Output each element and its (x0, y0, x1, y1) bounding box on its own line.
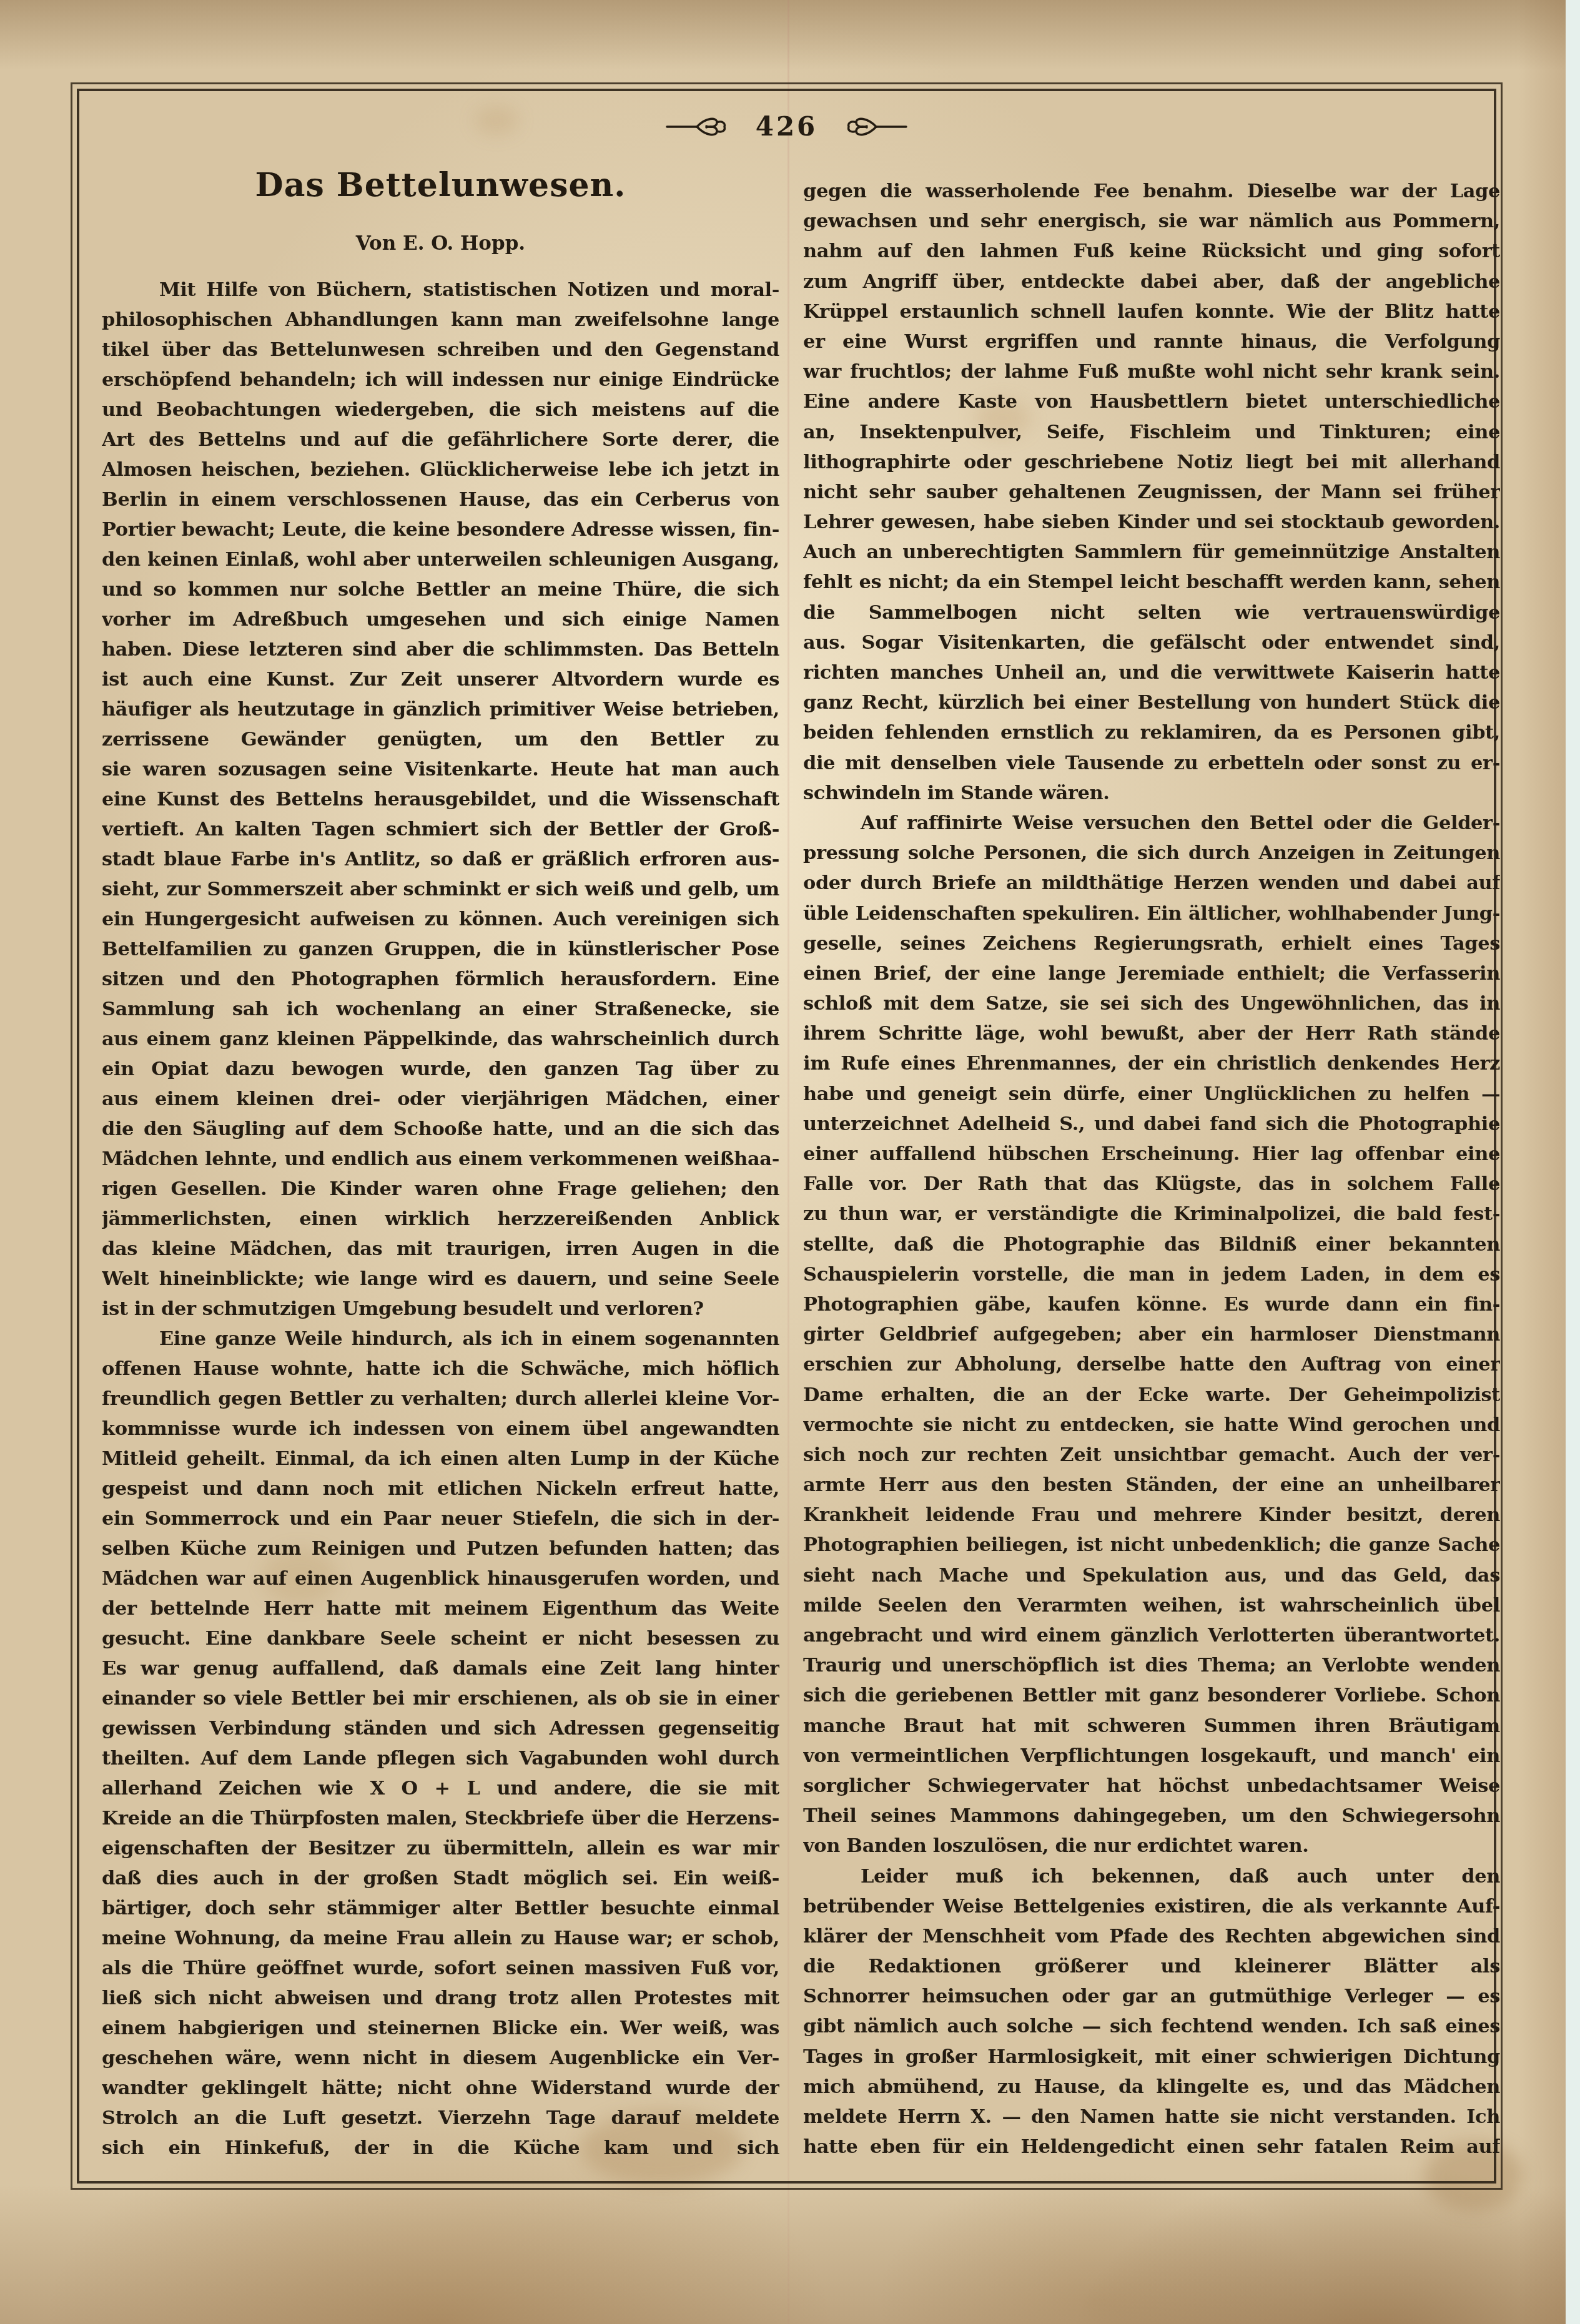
text-line: Eine andere Kaste von Hausbettlern biete… (803, 387, 1500, 416)
text-line: stellte, daß die Photographie das Bildni… (803, 1229, 1500, 1259)
text-line: haben. Diese letzteren sind aber die sch… (102, 634, 779, 664)
text-line: freundlich gegen Bettler zu verhalten; d… (102, 1384, 779, 1414)
text-line: einen Brief, der eine lange Jeremiade en… (803, 958, 1500, 988)
text-line: ein Opiat dazu bewogen wurde, den ganzen… (102, 1054, 779, 1084)
article-byline: Von E. O. Hopp. (102, 232, 779, 255)
text-line: Eine ganze Weile hindurch, als ich in ei… (102, 1324, 779, 1354)
text-line: Bettelfamilien zu ganzen Gruppen, die in… (102, 934, 779, 964)
text-line: gewissen Verbindung ständen und sich Adr… (102, 1713, 779, 1743)
text-line: eigenschaften der Besitzer zu übermittel… (102, 1833, 779, 1863)
text-line: Krankheit leidende Frau und mehrere Kind… (803, 1500, 1500, 1530)
text-line: Almosen heischen, beziehen. Glücklicherw… (102, 455, 779, 485)
text-line: manche Braut hat mit schweren Summen ihr… (803, 1711, 1500, 1741)
article-title: Das Bettelunwesen. (102, 166, 779, 204)
text-line: im Rufe eines Ehrenmannes, der ein chris… (803, 1048, 1500, 1078)
text-line: die Redaktionen größerer und kleinerer B… (803, 1951, 1500, 1981)
text-line: er eine Wurst ergriffen und rannte hinau… (803, 327, 1500, 357)
text-line: Photographien gäbe, kaufen könne. Es wur… (803, 1289, 1500, 1319)
text-line: einander so viele Bettler bei mir erschi… (102, 1683, 779, 1713)
text-line: vertieft. An kalten Tagen schmiert sich … (102, 814, 779, 844)
text-line: ließ sich nicht abweisen und drang trotz… (102, 1983, 779, 2013)
text-line: selben Küche zum Reinigen und Putzen bef… (102, 1534, 779, 1563)
text-line: zu thun war, er verständigte die Krimina… (803, 1199, 1500, 1229)
text-line: unterzeichnet Adelheid S., und dabei fan… (803, 1109, 1500, 1139)
text-line: sie waren sozusagen seine Visitenkarte. … (102, 754, 779, 784)
page-header: 426 (71, 111, 1503, 142)
text-line: und Beobachtungen wiedergeben, die sich … (102, 395, 779, 425)
text-line: milde Seelen den Verarmten weihen, ist w… (803, 1590, 1500, 1620)
text-line: zum Angriff über, entdeckte dabei aber, … (803, 267, 1500, 297)
text-line: häufiger als heutzutage in gänzlich prim… (102, 694, 779, 724)
text-line: kommnisse wurde ich indessen von einem ü… (102, 1414, 779, 1444)
text-line: armte Herr aus den besten Ständen, der e… (803, 1470, 1500, 1500)
text-line: oder durch Briefe an mildthätige Herzen … (803, 868, 1500, 898)
text-line: theilten. Auf dem Lande pflegen sich Vag… (102, 1743, 779, 1773)
column-right: gegen die wasserholende Fee benahm. Dies… (803, 176, 1500, 2162)
text-line: daß dies auch in der großen Stadt möglic… (102, 1863, 779, 1893)
text-line: tikel über das Bettelunwesen schreiben u… (102, 335, 779, 365)
text-line: war fruchtlos; der lahme Fuß mußte wohl … (803, 357, 1500, 387)
text-line: Portier bewacht; Leute, die keine besond… (102, 515, 779, 544)
text-line: vermochte sie nicht zu entdecken, sie ha… (803, 1410, 1500, 1440)
text-line: sitzen und den Photographen förmlich her… (102, 964, 779, 994)
text-line: mich abmühend, zu Hause, da klingelte es… (803, 2072, 1500, 2102)
text-line: üble Leidenschaften spekuliren. Ein ältl… (803, 899, 1500, 928)
text-line: nicht sehr sauber gehaltenen Zeugnissen,… (803, 477, 1500, 507)
text-line: aus. Sogar Visitenkarten, die gefälscht … (803, 628, 1500, 657)
text-line: an, Insektenpulver, Seife, Fischleim und… (803, 417, 1500, 447)
text-line: bärtiger, doch sehr stämmiger alter Bett… (102, 1893, 779, 1923)
text-line: Traurig und unerschöpflich ist dies Them… (803, 1650, 1500, 1680)
text-line: richten manches Unheil an, und die verwi… (803, 657, 1500, 687)
text-line: zerrissene Gewänder genügten, um den Bet… (102, 724, 779, 754)
text-line: pressung solche Personen, die sich durch… (803, 838, 1500, 868)
text-line: einer auffallend hübschen Erscheinung. H… (803, 1139, 1500, 1169)
text-line: sieht nach Mache und Spekulation aus, un… (803, 1560, 1500, 1590)
text-line: meine Wohnung, da meine Frau allein zu H… (102, 1923, 779, 1953)
text-line: sich noch zur rechten Zeit unsichtbar ge… (803, 1440, 1500, 1470)
text-line: betrübender Weise Bettelgenies existiren… (803, 1891, 1500, 1921)
text-line: aus einem ganz kleinen Päppelkinde, das … (102, 1024, 779, 1054)
text-line: die mit denselben viele Tausende zu erbe… (803, 748, 1500, 778)
text-line: Krüppel erstaunlich schnell laufen konnt… (803, 297, 1500, 327)
text-line: vorher im Adreßbuch umgesehen und sich e… (102, 604, 779, 634)
text-line: sich die geriebenen Bettler mit ganz bes… (803, 1680, 1500, 1710)
text-line: Kreide an die Thürpfosten malen, Steckbr… (102, 1803, 779, 1833)
text-line: die den Säugling auf dem Schooße hatte, … (102, 1114, 779, 1144)
text-line: girter Geldbrief aufgegeben; aber ein ha… (803, 1319, 1500, 1349)
fleuron-left-icon (664, 114, 732, 139)
text-line: erschöpfend behandeln; ich will indessen… (102, 365, 779, 395)
text-line: Falle vor. Der Rath that das Klügste, da… (803, 1169, 1500, 1199)
column-left: Mit Hilfe von Büchern, statistischen Not… (102, 275, 779, 2163)
text-line: eine Kunst des Bettelns herausgebildet, … (102, 784, 779, 814)
text-line: ist in der schmutzigen Umgebung besudelt… (102, 1294, 779, 1324)
text-line: ganz Recht, kürzlich bei einer Bestellun… (803, 687, 1500, 717)
text-line: von Banden loszulösen, die nur erdichtet… (803, 1831, 1500, 1861)
text-line: Berlin in einem verschlossenen Hause, da… (102, 485, 779, 515)
text-line: und so kommen nur solche Bettler an mein… (102, 574, 779, 604)
text-line: philosophischen Abhandlungen kann man zw… (102, 305, 779, 335)
text-line: Mädchen lehnte, und endlich aus einem ve… (102, 1144, 779, 1174)
text-line: gesucht. Eine dankbare Seele scheint er … (102, 1623, 779, 1653)
text-line: Schauspielerin vorstelle, die man in jed… (803, 1259, 1500, 1289)
text-line: klärer der Menschheit vom Pfade des Rech… (803, 1921, 1500, 1951)
text-line: Theil seines Mammons dahingegeben, um de… (803, 1801, 1500, 1831)
fleuron-right-icon (841, 114, 909, 139)
text-line: offenen Hause wohnte, hatte ich die Schw… (102, 1354, 779, 1384)
text-line: rigen Gesellen. Die Kinder waren ohne Fr… (102, 1174, 779, 1204)
text-line: der bettelnde Herr hatte mit meinem Eige… (102, 1593, 779, 1623)
text-line: fehlt es nicht; da ein Stempel leicht be… (803, 567, 1500, 597)
text-line: Photographien beiliegen, ist nicht unbed… (803, 1530, 1500, 1560)
text-line: hatte eben für ein Heldengedicht einen s… (803, 2132, 1500, 2162)
text-line: Lehrer gewesen, habe sieben Kinder und s… (803, 507, 1500, 537)
text-line: Auf raffinirte Weise versuchen den Bette… (803, 808, 1500, 838)
text-line: Leider muß ich bekennen, daß auch unter … (803, 1861, 1500, 1891)
text-line: erschien zur Abholung, derselbe hatte de… (803, 1349, 1500, 1379)
text-line: als die Thüre geöffnet wurde, sofort sei… (102, 1953, 779, 1983)
text-line: die Sammelbogen nicht selten wie vertrau… (803, 598, 1500, 628)
text-line: ein Hungergesicht aufweisen zu können. A… (102, 904, 779, 934)
text-line: sich ein Hinkefuß, der in die Küche kam … (102, 2133, 779, 2163)
text-line: geschehen wäre, wenn nicht in diesem Aug… (102, 2043, 779, 2073)
text-line: das kleine Mädchen, das mit traurigen, i… (102, 1234, 779, 1264)
text-line: meldete Herrn X. — den Namen hatte sie n… (803, 2102, 1500, 2132)
text-line: jämmerlichsten, einen wirklich herzzerei… (102, 1204, 779, 1234)
text-line: sieht, zur Sommerszeit aber schminkt er … (102, 874, 779, 904)
text-line: wandter geklingelt hätte; nicht ohne Wid… (102, 2073, 779, 2103)
text-line: Dame erhalten, die an der Ecke warte. De… (803, 1380, 1500, 1410)
text-line: stadt blaue Farbe in's Antlitz, so daß e… (102, 844, 779, 874)
text-line: Sammlung sah ich wochenlang an einer Str… (102, 994, 779, 1024)
text-line: gespeist und dann noch mit etlichen Nick… (102, 1474, 779, 1504)
text-line: lithographirte oder geschriebene Notiz l… (803, 447, 1500, 477)
text-line: ihrem Schritte läge, wohl bewußt, aber d… (803, 1018, 1500, 1048)
text-line: geselle, seines Zeichens Regierungsrath,… (803, 928, 1500, 958)
text-line: Tages in großer Harmlosigkeit, mit einer… (803, 2042, 1500, 2072)
text-line: Mit Hilfe von Büchern, statistischen Not… (102, 275, 779, 305)
text-line: ist auch eine Kunst. Zur Zeit unserer Al… (102, 664, 779, 694)
text-line: Strolch an die Luft gesetzt. Vierzehn Ta… (102, 2103, 779, 2133)
text-line: Auch an unberechtigten Sammlern für geme… (803, 537, 1500, 567)
text-line: ein Sommerrock und ein Paar neuer Stiefe… (102, 1504, 779, 1534)
text-line: schloß mit dem Satze, sie sei sich des U… (803, 988, 1500, 1018)
text-line: gibt nämlich auch solche — sich fechtend… (803, 2011, 1500, 2041)
text-line: beiden fehlenden ernstlich zu reklamiren… (803, 717, 1500, 747)
text-line: Schnorrer heimsuchen oder gar an gutmüth… (803, 1981, 1500, 2011)
text-line: angebracht und wird einem gänzlich Verlo… (803, 1620, 1500, 1650)
text-line: Es war genug auffallend, daß damals eine… (102, 1653, 779, 1683)
text-line: nahm auf den lahmen Fuß keine Rücksicht … (803, 236, 1500, 266)
text-line: von vermeintlichen Verpflichtungen losge… (803, 1741, 1500, 1771)
text-line: den keinen Einlaß, wohl aber unterweilen… (102, 544, 779, 574)
text-line: schwindeln im Stande wären. (803, 778, 1500, 808)
page-number: 426 (756, 111, 818, 142)
text-line: Mitleid geheilt. Einmal, da ich einen al… (102, 1444, 779, 1474)
text-line: Art des Bettelns und auf die gefährliche… (102, 425, 779, 455)
text-line: Mädchen war auf einen Augenblick hinausg… (102, 1563, 779, 1593)
text-line: habe und geneigt sein dürfe, einer Unglü… (803, 1079, 1500, 1109)
text-line: aus einem kleinen drei- oder vierjährige… (102, 1084, 779, 1114)
text-line: sorglicher Schwiegervater hat höchst unb… (803, 1771, 1500, 1801)
text-line: einem habgierigen und steinernen Blicke … (102, 2013, 779, 2043)
page-paper: 426 Das Bettelunwesen. Von E. O. Hopp. M… (0, 0, 1566, 2324)
text-line: gegen die wasserholende Fee benahm. Dies… (803, 176, 1500, 206)
text-line: Welt hineinblickte; wie lange wird es da… (102, 1264, 779, 1294)
text-line: gewachsen und sehr energisch, sie war nä… (803, 206, 1500, 236)
text-line: allerhand Zeichen wie X O + L und andere… (102, 1773, 779, 1803)
